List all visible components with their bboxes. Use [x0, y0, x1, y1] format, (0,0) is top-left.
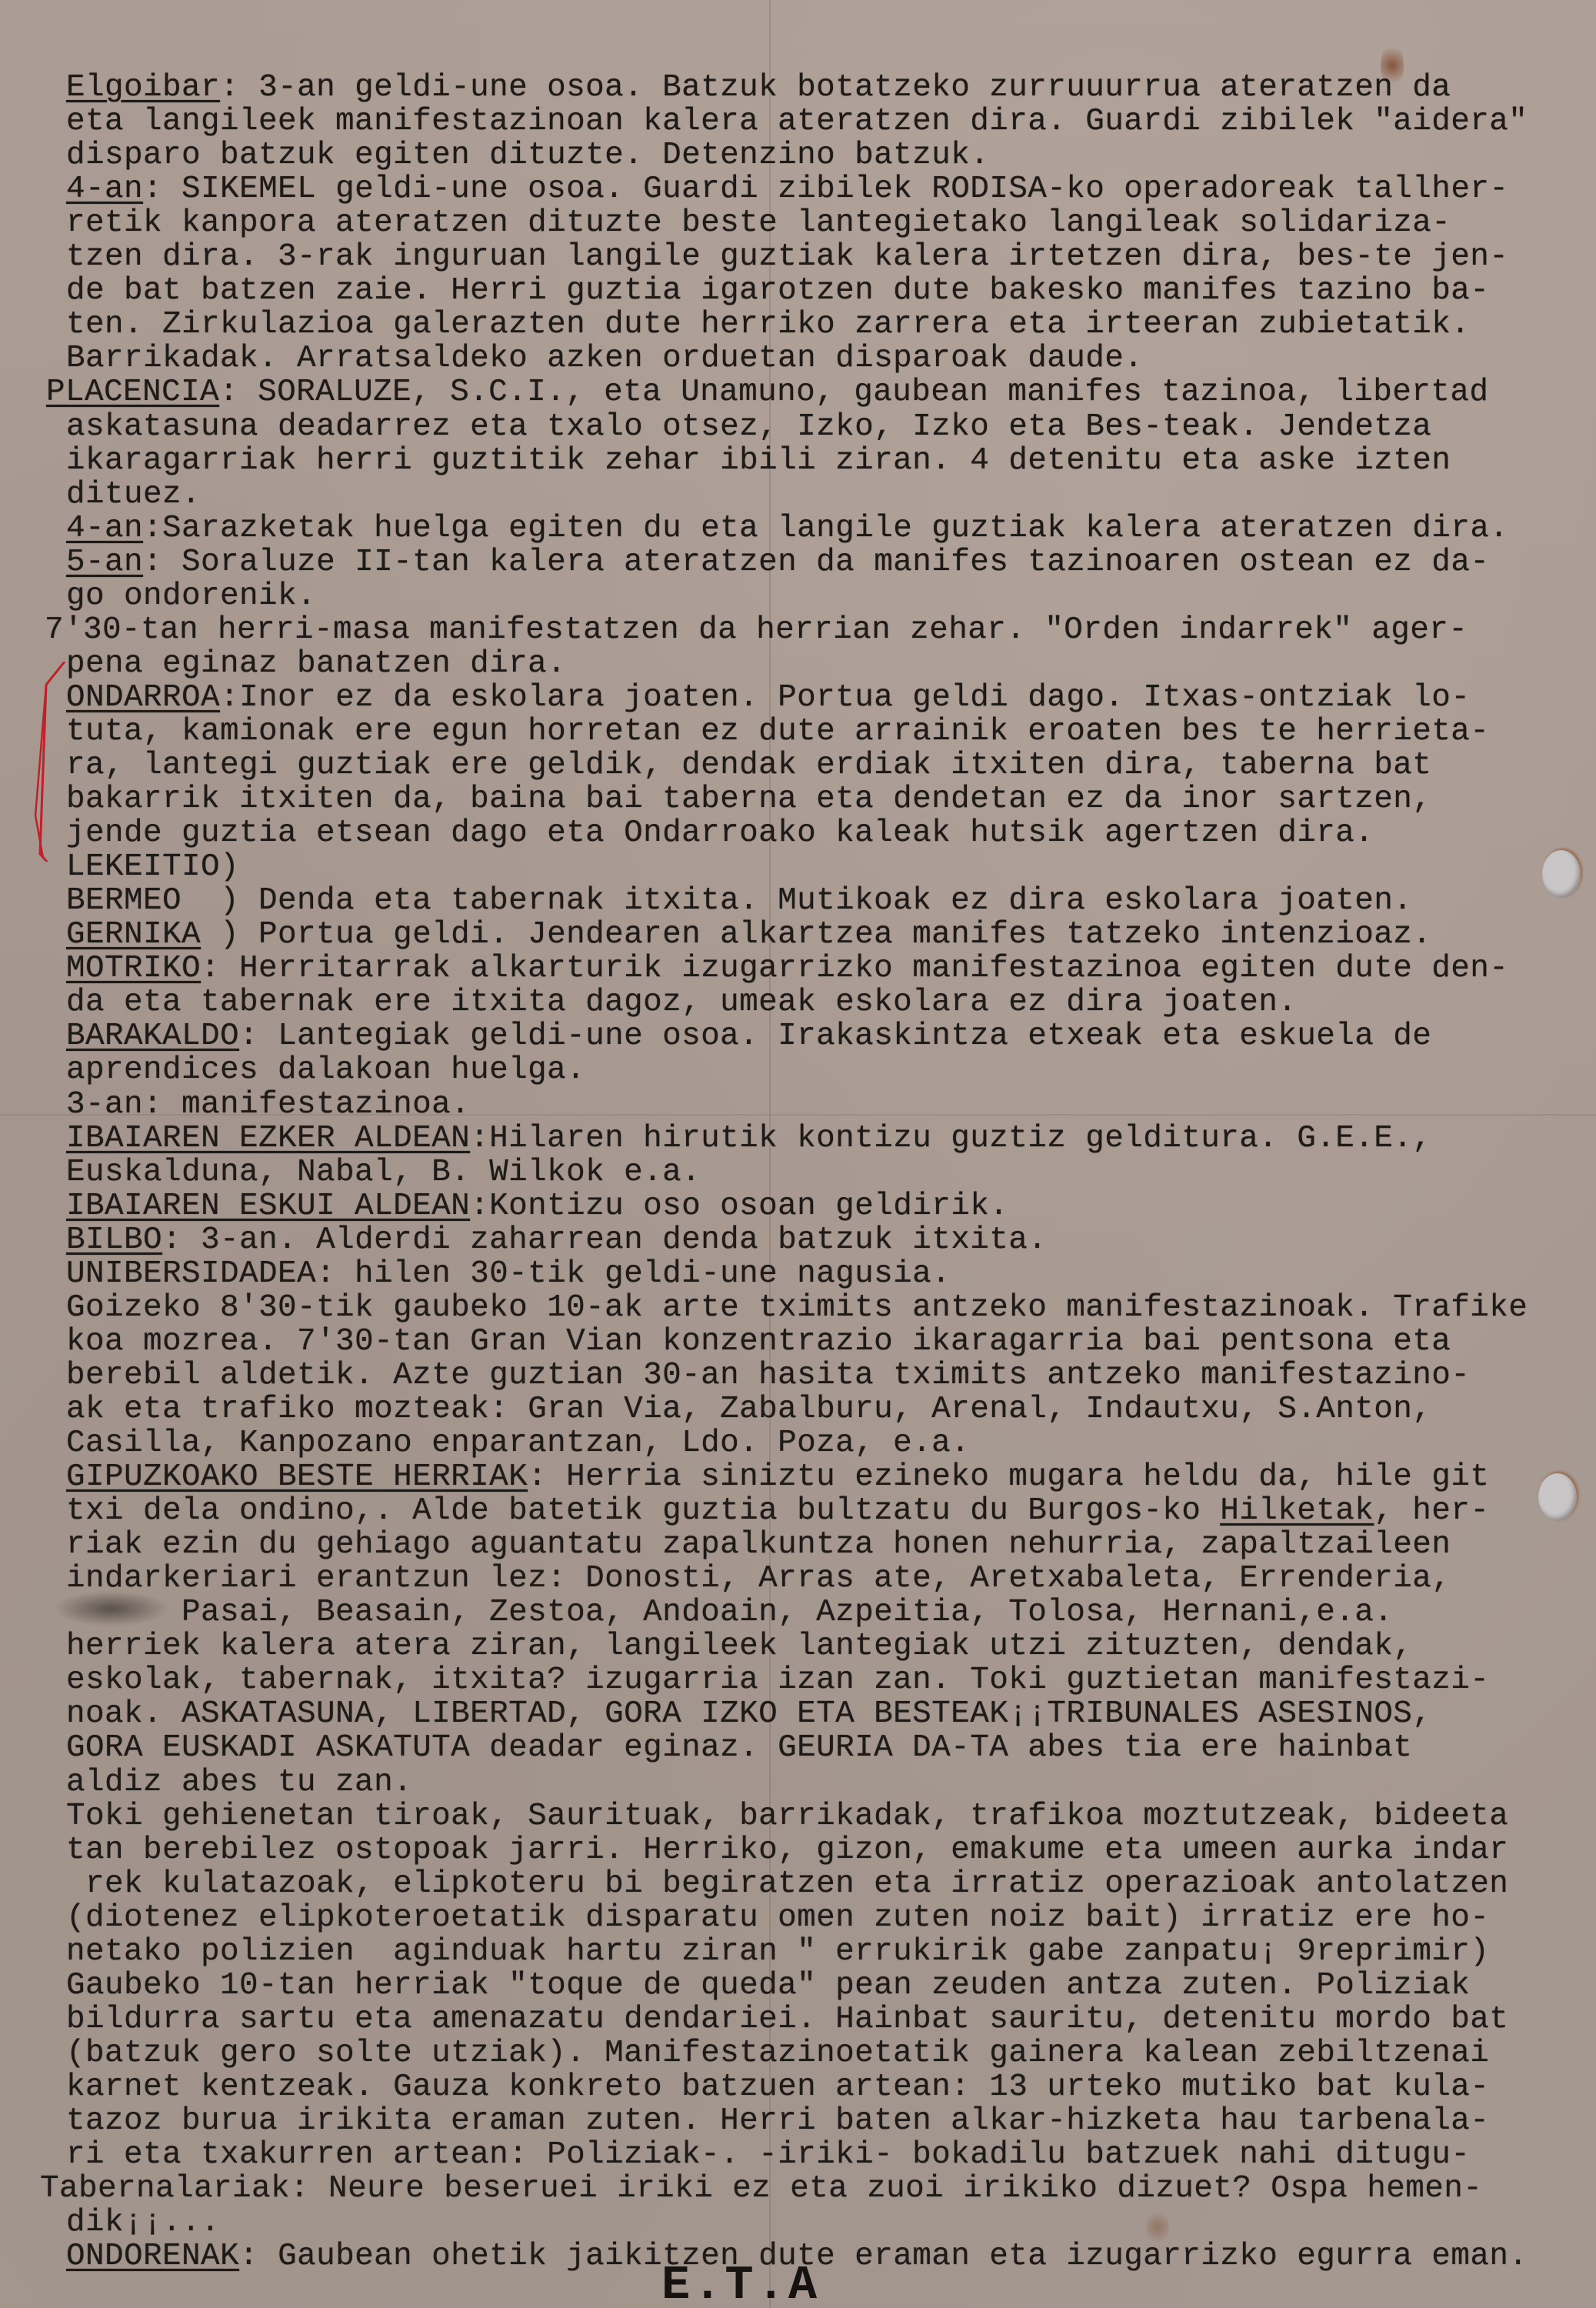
- line-text: Sarazketak huelga egiten du eta langile …: [162, 511, 1508, 546]
- text-line: indarkeriari erantzun lez: Donosti, Arra…: [66, 1562, 1451, 1596]
- section-heading: GIPUZKOAKO BESTE HERRIAK: [66, 1459, 528, 1495]
- text-line: GORA EUSKADI ASKATUTA deadar eginaz. GEU…: [66, 1731, 1412, 1765]
- line-text: disparo batzuk egiten dituzte. Detenzino…: [66, 138, 989, 173]
- text-line: txi dela ondino,. Alde batetik guztia bu…: [66, 1494, 1489, 1528]
- text-line: tan berebilez ostopoak jarri. Herriko, g…: [66, 1833, 1508, 1867]
- line-text: ra, lantegi guztiak ere geldik, dendak e…: [66, 748, 1431, 783]
- line-text: 3-an. Alderdi zaharrean denda batzuk itx…: [182, 1222, 1047, 1258]
- text-line: ONDARROA:Inor ez da eskolara joaten. Por…: [66, 681, 1470, 715]
- text-line: MOTRIKO: Herritarrak alkarturik izugarri…: [66, 952, 1508, 986]
- text-line: GERNIKA ) Portua geldi. Jendearen alkart…: [66, 918, 1431, 952]
- line-text: Gaubean ohetik jaikitzen dute eraman eta…: [258, 2239, 1528, 2274]
- underlined-word: Hilketak: [1220, 1493, 1374, 1529]
- line-text: eta langileek manifestazinoan kalera ate…: [66, 104, 1528, 139]
- text-line: karnet kentzeak. Gauza konkreto batzuen …: [66, 2070, 1489, 2104]
- text-line: Goizeko 8'30-tik gaubeko 10-ak arte txim…: [66, 1291, 1528, 1325]
- line-text: retik kanpora ateratzen dituzte beste la…: [66, 205, 1451, 241]
- text-line: netako polizien aginduak hartu ziran " e…: [66, 1935, 1489, 1969]
- line-text: herriek kalera atera ziran, langileek la…: [66, 1629, 1412, 1664]
- line-text-tail: , her-: [1374, 1493, 1489, 1529]
- line-text: Herria siniztu ezineko mugara heldu da, …: [547, 1459, 1489, 1495]
- line-text: BERMEO ) Denda eta tabernak itxita. Muti…: [66, 883, 1412, 919]
- line-text: netako polizien aginduak hartu ziran " e…: [66, 1934, 1489, 1969]
- section-heading: IBAIAREN ESKUI ALDEAN: [66, 1189, 470, 1224]
- signature-eta: E.T.A: [661, 2258, 820, 2308]
- line-text: 3-an geldi-une osoa. Batzuk botatzeko zu…: [239, 70, 1451, 105]
- line-text: da eta tabernak ere itxita dagoz, umeak …: [66, 985, 1297, 1020]
- text-line: GIPUZKOAKO BESTE HERRIAK: Herria siniztu…: [66, 1460, 1489, 1494]
- text-line: retik kanpora ateratzen dituzte beste la…: [66, 206, 1451, 240]
- text-line: noak. ASKATASUNA, LIBERTAD, GORA IZKO ET…: [66, 1697, 1431, 1731]
- line-text: jende guztia etsean dago eta Ondarroako …: [66, 815, 1374, 851]
- line-text: dituez.: [66, 477, 201, 512]
- line-text: go ondorenik.: [66, 579, 316, 614]
- text-line: (diotenez elipkoteroetatik disparatu ome…: [66, 1901, 1489, 1935]
- text-line: Barrikadak. Arratsaldeko azken orduetan …: [66, 342, 1143, 375]
- line-text: ri eta txakurren artean: Poliziak-. -iri…: [66, 2137, 1470, 2173]
- heading-separator: :: [201, 951, 220, 986]
- heading-separator: :: [528, 1459, 547, 1495]
- line-text: aprendices dalakoan huelga.: [66, 1052, 585, 1088]
- heading-separator: :: [143, 172, 162, 207]
- text-line: Tabernalariak: Neure beseruei iriki ez e…: [40, 2172, 1482, 2206]
- line-text: LEKEITIO): [66, 849, 239, 885]
- text-line: de bat batzen zaie. Herri guztia igarotz…: [66, 274, 1489, 308]
- section-heading: Elgoibar: [66, 70, 220, 105]
- text-line: BERMEO ) Denda eta tabernak itxita. Muti…: [66, 884, 1412, 918]
- text-line: Gaubeko 10-tan herriak "toque de queda" …: [66, 1969, 1470, 2003]
- text-line: da eta tabernak ere itxita dagoz, umeak …: [66, 986, 1297, 1019]
- line-text: Pasai, Beasain, Zestoa, Andoain, Azpeiti…: [66, 1595, 1393, 1630]
- line-text: de bat batzen zaie. Herri guztia igarotz…: [66, 273, 1489, 309]
- line-text: 3-an: manifestazinoa.: [66, 1087, 470, 1122]
- line-text: bildurra sartu eta amenazatu dendariei. …: [66, 2002, 1508, 2037]
- text-line: herriek kalera atera ziran, langileek la…: [66, 1629, 1412, 1663]
- text-line: BILBO: 3-an. Alderdi zaharrean denda bat…: [66, 1223, 1047, 1257]
- text-line: aprendices dalakoan huelga.: [66, 1053, 585, 1087]
- section-heading: GERNIKA: [66, 917, 201, 952]
- line-text: SIKEMEL geldi-une osoa. Guardi zibilek R…: [162, 172, 1508, 207]
- line-text: rek kulatazoak, elipkoteru bi begiratzen…: [66, 1866, 1508, 1902]
- text-line: UNIBERSIDADEA: hilen 30-tik geldi-une na…: [66, 1257, 951, 1291]
- text-line: Pasai, Beasain, Zestoa, Andoain, Azpeiti…: [66, 1596, 1393, 1629]
- line-text: tan berebilez ostopoak jarri. Herriko, g…: [66, 1833, 1508, 1868]
- text-line: eta langileek manifestazinoan kalera ate…: [66, 105, 1528, 138]
- line-text: dik¡¡...: [66, 2205, 220, 2240]
- line-text: (diotenez elipkoteroetatik disparatu ome…: [66, 1900, 1489, 1936]
- section-heading: 4-an: [66, 172, 143, 207]
- heading-separator: :: [239, 1019, 258, 1054]
- line-text: Kontizu oso osoan geldirik.: [489, 1189, 1008, 1224]
- line-text: Gaubeko 10-tan herriak "toque de queda" …: [66, 1968, 1470, 2003]
- line-text: ak eta trafiko mozteak: Gran Via, Zabalb…: [66, 1392, 1431, 1427]
- heading-separator: :: [143, 511, 162, 546]
- text-line: IBAIAREN EZKER ALDEAN:Hilaren hirutik ko…: [66, 1122, 1431, 1156]
- text-line: pena eginaz banatzen dira.: [66, 647, 566, 681]
- text-line: LEKEITIO): [66, 850, 239, 884]
- section-heading: MOTRIKO: [66, 951, 201, 986]
- heading-separator: :: [470, 1121, 489, 1156]
- line-text: UNIBERSIDADEA: hilen 30-tik geldi-une na…: [66, 1256, 951, 1292]
- line-text: ikaragarriak herri guztitik zehar ibili …: [66, 443, 1451, 479]
- punch-hole-upper: [1542, 850, 1581, 898]
- section-heading: IBAIAREN EZKER ALDEAN: [66, 1121, 470, 1156]
- line-text: pena eginaz banatzen dira.: [66, 646, 566, 682]
- line-text: tuta, kamionak ere egun horretan ez dute…: [66, 714, 1489, 749]
- text-line: aldiz abes tu zan.: [66, 1766, 412, 1799]
- text-line: disparo batzuk egiten dituzte. Detenzino…: [66, 138, 989, 172]
- text-line: Elgoibar: 3-an geldi-une osoa. Batzuk bo…: [66, 71, 1451, 105]
- text-line: ikaragarriak herri guztitik zehar ibili …: [66, 444, 1451, 478]
- section-heading: 5-an: [66, 545, 143, 580]
- text-line: (batzuk gero solte utziak). Manifestazin…: [66, 2036, 1489, 2070]
- section-heading: 4-an: [66, 511, 143, 546]
- line-text: tzen dira. 3-rak inguruan langile guztia…: [66, 239, 1508, 275]
- text-line: bakarrik itxiten da, baina bai taberna e…: [66, 782, 1431, 816]
- line-text: Euskalduna, Nabal, B. Wilkok e.a.: [66, 1155, 701, 1190]
- line-text: indarkeriari erantzun lez: Donosti, Arra…: [66, 1561, 1451, 1596]
- line-text: Inor ez da eskolara joaten. Portua geldi…: [239, 680, 1470, 715]
- line-text: SORALUZE, S.C.I., eta Unamuno, gaubean m…: [238, 375, 1488, 410]
- text-line: Toki gehienetan tiroak, Saurituak, barri…: [66, 1799, 1508, 1833]
- line-text: Goizeko 8'30-tik gaubeko 10-ak arte txim…: [66, 1290, 1528, 1326]
- text-line: go ondorenik.: [66, 579, 316, 613]
- line-text: Hilaren hirutik kontizu guztiz gelditura…: [489, 1121, 1431, 1156]
- text-line: jende guztia etsean dago eta Ondarroako …: [66, 816, 1374, 850]
- line-text: berebil aldetik. Azte guztian 30-an hasi…: [66, 1358, 1470, 1393]
- heading-separator: :: [219, 375, 238, 410]
- text-line: IBAIAREN ESKUI ALDEAN:Kontizu oso osoan …: [66, 1189, 1008, 1223]
- text-line: ra, lantegi guztiak ere geldik, dendak e…: [66, 749, 1431, 782]
- text-line: ri eta txakurren artean: Poliziak-. -iri…: [66, 2138, 1470, 2172]
- line-text: noak. ASKATASUNA, LIBERTAD, GORA IZKO ET…: [66, 1696, 1431, 1732]
- line-text: 7'30-tan herri-masa manifestatzen da her…: [45, 612, 1468, 648]
- line-text: txi dela ondino,. Alde batetik guztia bu…: [66, 1493, 1220, 1529]
- heading-separator: :: [239, 2239, 258, 2274]
- text-line: ak eta trafiko mozteak: Gran Via, Zabalb…: [66, 1392, 1431, 1426]
- line-text: aldiz abes tu zan.: [66, 1765, 412, 1800]
- line-text: Lantegiak geldi-une osoa. Irakaskintza e…: [258, 1019, 1431, 1054]
- line-text: ) Portua geldi. Jendearen alkartzea mani…: [201, 917, 1431, 952]
- text-line: 4-an: SIKEMEL geldi-une osoa. Guardi zib…: [66, 172, 1508, 206]
- line-text: Casilla, Kanpozano enparantzan, Ldo. Poz…: [66, 1426, 970, 1461]
- section-heading: ONDARROA: [66, 680, 220, 715]
- text-line: dituez.: [66, 478, 201, 512]
- text-line: koa mozrea. 7'30-tan Gran Vian konzentra…: [66, 1325, 1451, 1359]
- section-heading: PLACENCIA: [46, 375, 219, 410]
- text-line: berebil aldetik. Azte guztian 30-an hasi…: [66, 1359, 1470, 1392]
- text-line: 3-an: manifestazinoa.: [66, 1088, 470, 1122]
- line-text: koa mozrea. 7'30-tan Gran Vian konzentra…: [66, 1324, 1451, 1359]
- line-text: ten. Zirkulazioa galerazten dute herriko…: [66, 307, 1470, 342]
- line-text: bakarrik itxiten da, baina bai taberna e…: [66, 782, 1431, 817]
- text-line: Euskalduna, Nabal, B. Wilkok e.a.: [66, 1156, 701, 1189]
- line-text: karnet kentzeak. Gauza konkreto batzuen …: [66, 2070, 1489, 2105]
- text-line: rek kulatazoak, elipkoteru bi begiratzen…: [66, 1867, 1508, 1901]
- line-text: riak ezin du gehiago aguantatu zapalkunt…: [66, 1527, 1451, 1563]
- heading-separator: :: [143, 545, 162, 580]
- heading-separator: :: [470, 1189, 489, 1224]
- line-text: eskolak, tabernak, itxita? izugarria iza…: [66, 1663, 1489, 1698]
- line-text: Toki gehienetan tiroak, Saurituak, barri…: [66, 1799, 1508, 1834]
- line-text: Barrikadak. Arratsaldeko azken orduetan …: [66, 341, 1143, 376]
- line-text: tazoz burua irikita eraman zuten. Herri …: [66, 2103, 1489, 2139]
- text-line: 4-an:Sarazketak huelga egiten du eta lan…: [66, 512, 1508, 545]
- line-text: (batzuk gero solte utziak). Manifestazin…: [66, 2036, 1489, 2071]
- line-text: GORA EUSKADI ASKATUTA deadar eginaz. GEU…: [66, 1730, 1412, 1766]
- line-text: askatasuna deadarrez eta txalo otsez, Iz…: [66, 409, 1431, 445]
- text-line: askatasuna deadarrez eta txalo otsez, Iz…: [66, 410, 1431, 444]
- section-heading: BILBO: [66, 1222, 162, 1258]
- text-line: tzen dira. 3-rak inguruan langile guztia…: [66, 240, 1508, 274]
- text-line: 7'30-tan herri-masa manifestatzen da her…: [45, 613, 1468, 647]
- text-line: bildurra sartu eta amenazatu dendariei. …: [66, 2003, 1508, 2036]
- text-line: riak ezin du gehiago aguantatu zapalkunt…: [66, 1528, 1451, 1562]
- section-heading: BARAKALDO: [66, 1019, 239, 1054]
- text-line: Casilla, Kanpozano enparantzan, Ldo. Poz…: [66, 1426, 970, 1460]
- line-text: Soraluze II-tan kalera ateratzen da mani…: [162, 545, 1489, 580]
- text-line: PLACENCIA: SORALUZE, S.C.I., eta Unamuno…: [46, 375, 1488, 409]
- text-line: dik¡¡...: [66, 2206, 220, 2240]
- text-line: ten. Zirkulazioa galerazten dute herriko…: [66, 308, 1470, 342]
- line-text: Tabernalariak: Neure beseruei iriki ez e…: [40, 2171, 1482, 2206]
- heading-separator: :: [220, 680, 239, 715]
- punch-hole-lower: [1538, 1473, 1577, 1521]
- text-line: tuta, kamionak ere egun horretan ez dute…: [66, 715, 1489, 749]
- heading-separator: :: [162, 1222, 182, 1258]
- text-line: 5-an: Soraluze II-tan kalera ateratzen d…: [66, 545, 1489, 579]
- text-line: tazoz burua irikita eraman zuten. Herri …: [66, 2104, 1489, 2138]
- line-text: Herritarrak alkarturik izugarrizko manif…: [220, 951, 1508, 986]
- text-line: eskolak, tabernak, itxita? izugarria iza…: [66, 1663, 1489, 1697]
- heading-separator: :: [220, 70, 239, 105]
- text-line: BARAKALDO: Lantegiak geldi-une osoa. Ira…: [66, 1019, 1431, 1053]
- section-heading: ONDORENAK: [66, 2239, 239, 2274]
